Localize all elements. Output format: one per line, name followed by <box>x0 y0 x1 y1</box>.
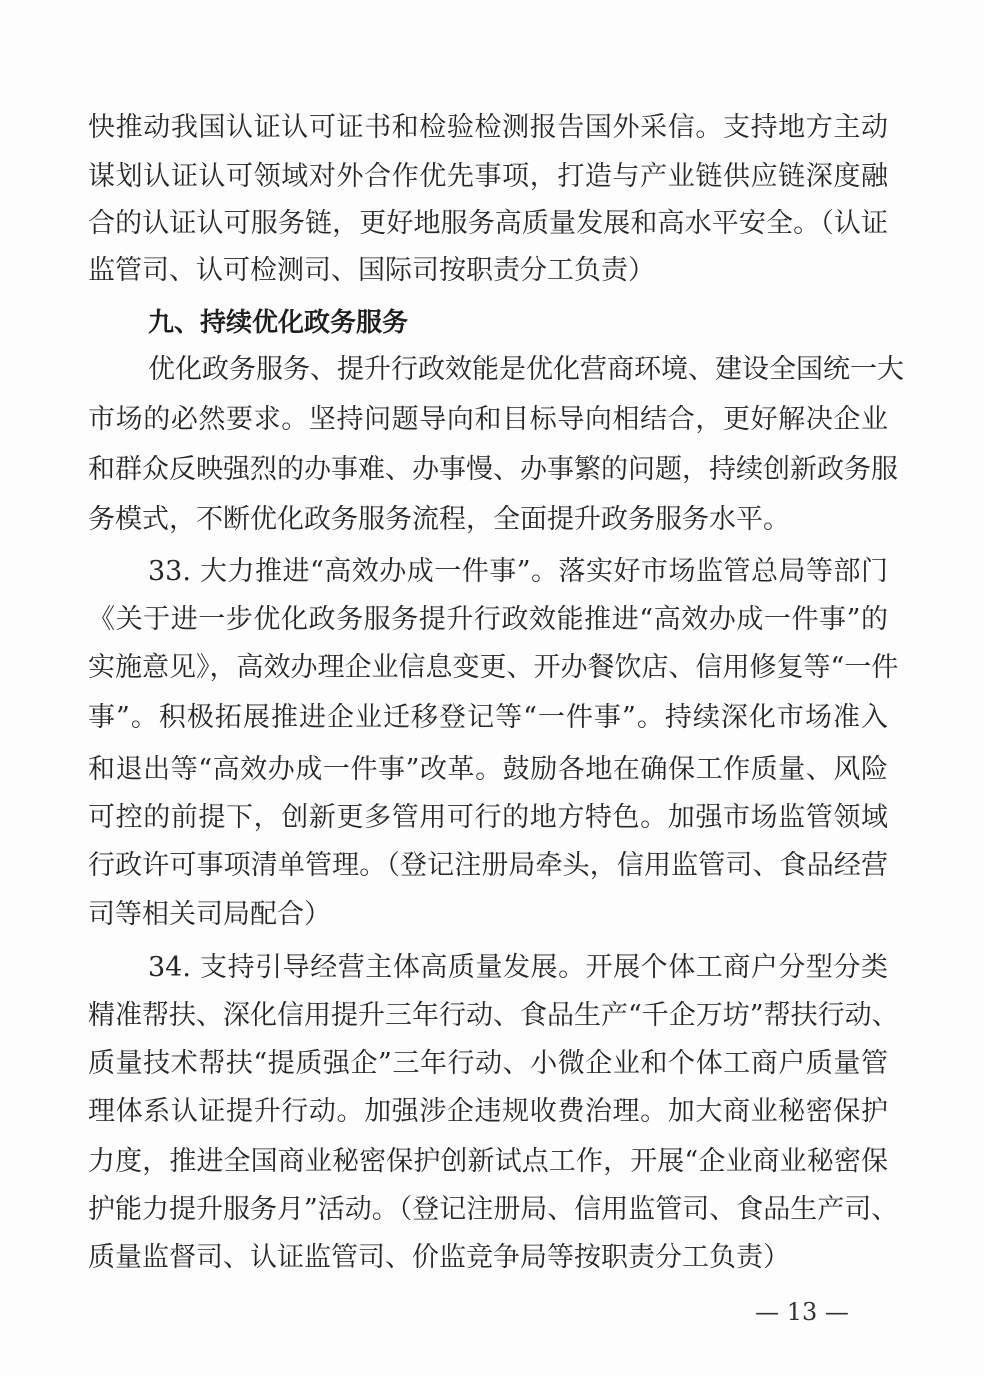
item-33-line: 司等相关司局配合） <box>88 895 888 935</box>
paragraph-line: 监管司、认可检测司、国际司按职责分工负责） <box>88 251 888 291</box>
item-33-line: 和退出等“高效办成一件事”改革。鼓励各地在确保工作质量、风险 <box>88 750 888 790</box>
item-33-line: 行政许可事项清单管理。（登记注册局牵头，信用监管司、食品经营 <box>88 846 888 886</box>
item-34-line: 精准帮扶、深化信用提升三年行动、食品生产“千企万坊”帮扶行动、 <box>88 996 888 1036</box>
document-page: 快推动我国认证认可证书和检验检测报告国外采信。支持地方主动 谋划认证认可领域对外… <box>0 0 984 1376</box>
item-33-line: 事”。积极拓展推进企业迁移登记等“一件事”。持续深化市场准入 <box>88 698 888 738</box>
paragraph-line: 合的认证认可服务链，更好地服务高质量发展和高水平安全。（认证 <box>88 204 888 244</box>
item-34-line: 质量技术帮扶“提质强企”三年行动、小微企业和个体工商户质量管 <box>88 1044 888 1084</box>
paragraph-line: 快推动我国认证认可证书和检验检测报告国外采信。支持地方主动 <box>88 108 888 148</box>
item-33-line: 实施意见》，高效办理企业信息变更、开办餐饮店、信用修复等“一件 <box>88 648 888 688</box>
item-34-line: 质量监督司、认证监管司、价监竞争局等按职责分工负责） <box>88 1238 888 1278</box>
item-34-line: 理体系认证提升行动。加强涉企违规收费治理。加大商业秘密保护 <box>88 1092 888 1132</box>
section-intro-line: 务模式，不断优化政务服务流程，全面提升政务服务水平。 <box>88 500 888 540</box>
page-number: — 13 — <box>740 1294 864 1330</box>
item-34-line: 力度，推进全国商业秘密保护创新试点工作，开展“企业商业秘密保 <box>88 1142 888 1182</box>
paragraph-line: 谋划认证认可领域对外合作优先事项，打造与产业链供应链深度融 <box>88 157 888 197</box>
item-33-line: 33. 大力推进“高效办成一件事”。落实好市场监管总局等部门 <box>148 552 888 592</box>
section-intro-line: 市场的必然要求。坚持问题导向和目标导向相结合，更好解决企业 <box>88 400 888 440</box>
item-33-line: 可控的前提下，创新更多管用可行的地方特色。加强市场监管领域 <box>88 798 888 838</box>
section-intro-line: 和群众反映强烈的办事难、办事慢、办事繁的问题，持续创新政务服 <box>88 450 888 490</box>
section-heading: 九、持续优化政务服务 <box>148 303 408 343</box>
section-intro-line: 优化政务服务、提升行政效能是优化营商环境、建设全国统一大 <box>148 350 888 390</box>
item-33-line: 《关于进一步优化政务服务提升行政效能推进“高效办成一件事”的 <box>88 600 888 640</box>
item-34-line: 34. 支持引导经营主体高质量发展。开展个体工商户分型分类 <box>148 948 888 988</box>
item-34-line: 护能力提升服务月”活动。（登记注册局、信用监管司、食品生产司、 <box>88 1190 888 1230</box>
